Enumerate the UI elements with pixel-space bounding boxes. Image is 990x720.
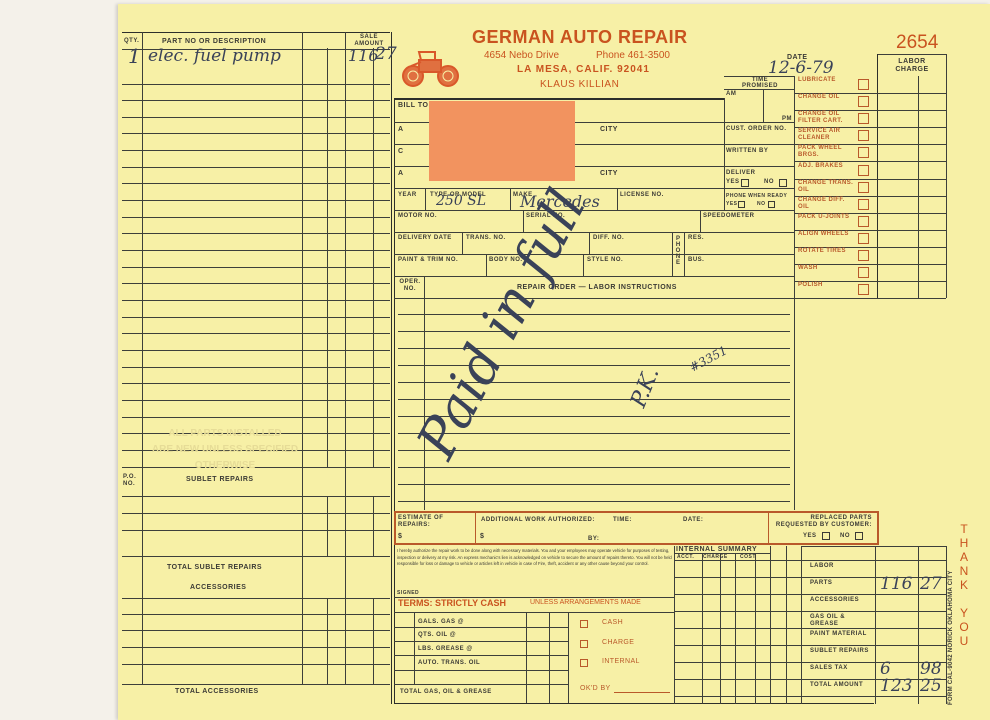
total-sublet-label: TOTAL SUBLET REPAIRS	[167, 564, 262, 571]
totals-label: PARTS	[810, 580, 874, 587]
shop-owner: KLAUS KILLIAN	[540, 79, 619, 90]
replaced-parts-label: REPLACED PARTS REQUESTED BY CUSTOMER:	[772, 515, 872, 529]
phone-no-checkbox[interactable]	[768, 201, 775, 208]
replaced-yes-checkbox[interactable]	[822, 532, 830, 540]
parts-row-line	[122, 400, 390, 401]
parts-row-line	[122, 167, 390, 168]
internal-acct-header: ACCT.	[677, 554, 694, 560]
replaced-no-checkbox[interactable]	[855, 532, 863, 540]
internal-summary-title: INTERNAL SUMMARY	[676, 546, 757, 553]
service-label: CHANGE OIL	[798, 94, 854, 101]
description-header: PART NO OR DESCRIPTION	[162, 38, 266, 45]
service-checkbox[interactable]	[858, 233, 869, 244]
service-checkbox[interactable]	[858, 284, 869, 295]
cust-order-label: CUST. ORDER NO.	[726, 126, 787, 132]
parts-row-line	[122, 367, 390, 368]
po-number-label: P.O. NO.	[123, 474, 141, 488]
time-promised-label: TIME PROMISED	[740, 77, 780, 89]
charge-checkbox[interactable]	[580, 640, 588, 648]
diff-label: DIFF. NO.	[593, 235, 624, 241]
motor-label: MOTOR NO.	[398, 213, 437, 219]
terms-bold: TERMS: STRICTLY CASH	[398, 598, 506, 608]
parts-row-line	[122, 133, 390, 134]
city-short-label: C	[398, 148, 404, 155]
service-checkbox[interactable]	[858, 216, 869, 227]
parts-row-line	[122, 333, 390, 334]
totals-cents: 25	[920, 676, 942, 696]
phone-label: PHONE	[675, 236, 681, 266]
cash-label: CASH	[602, 619, 623, 627]
service-label: PACK WHEEL BRGS.	[798, 145, 854, 159]
bill-to-label: BILL TO	[398, 102, 428, 109]
parts-row-line	[122, 317, 390, 318]
service-checkbox[interactable]	[858, 113, 869, 124]
deliver-no-checkbox[interactable]	[779, 179, 787, 187]
trans-label: TRANS. NO.	[466, 235, 506, 241]
parts-row-line	[122, 417, 390, 418]
internal-cost-header: COST	[740, 554, 756, 560]
service-checkbox[interactable]	[858, 250, 869, 261]
deliver-no-label: NO	[764, 179, 774, 185]
fuel-trans-oil-label: AUTO. TRANS. OIL	[418, 660, 480, 666]
total-accessories-label: TOTAL ACCESSORIES	[175, 688, 259, 695]
fuel-oil-label: QTS. OIL @	[418, 632, 456, 638]
paint-label: PAINT & TRIM NO.	[398, 257, 458, 263]
service-checkbox[interactable]	[858, 267, 869, 278]
totals-label: PAINT MATERIAL	[810, 631, 874, 638]
parts-row-line	[122, 250, 390, 251]
service-checkbox[interactable]	[858, 165, 869, 176]
service-checkbox[interactable]	[858, 96, 869, 107]
parts-row-line	[122, 267, 390, 268]
totals-label: SUBLET REPAIRS	[810, 648, 874, 655]
parts-row-line	[122, 283, 390, 284]
totals-label: LABOR	[810, 563, 874, 570]
additional-work-label: ADDITIONAL WORK AUTHORIZED:	[481, 517, 595, 523]
city-label: CITY	[600, 126, 618, 133]
parts-row-line	[122, 684, 390, 685]
bus-label: BUS.	[688, 257, 704, 263]
parts-row-line	[122, 300, 390, 301]
shop-name: GERMAN AUTO REPAIR	[472, 27, 688, 48]
time-label: TIME:	[613, 517, 632, 523]
license-label: LICENSE NO.	[620, 192, 664, 198]
replaced-no-label: NO	[840, 533, 850, 539]
okd-by-label: OK'D BY	[580, 685, 611, 693]
delivery-date-label: DELIVERY DATE	[398, 235, 452, 241]
terms-rest: UNLESS ARRANGEMENTS MADE	[530, 599, 641, 606]
service-label: CHANGE OIL FILTER CART.	[798, 111, 854, 125]
totals-label: SALES TAX	[810, 665, 874, 672]
deliver-label: DELIVER	[726, 170, 756, 176]
by-label: BY:	[588, 536, 599, 542]
totals-label: TOTAL AMOUNT	[810, 682, 874, 689]
additional-dollar: $	[480, 533, 484, 540]
address2-label: A	[398, 170, 404, 177]
auth-date-label: DATE:	[683, 517, 703, 523]
parts-row-line	[122, 350, 390, 351]
service-label: ROTATE TIRES	[798, 248, 854, 255]
parts-watermark: ALL PARTS INSTALLED ARE NEW UNLESS SPECI…	[140, 426, 310, 474]
sublet-repairs-label: SUBLET REPAIRS	[186, 476, 254, 483]
service-label: WASH	[798, 265, 854, 272]
parts-row-line	[122, 630, 390, 631]
shop-address: 4654 Nebo Drive	[484, 50, 559, 61]
totals-label: GAS OIL & GREASE	[810, 614, 874, 627]
totals-label: ACCESSORIES	[810, 597, 874, 604]
totals-row-line	[674, 611, 946, 612]
totals-row-line	[674, 594, 946, 595]
speedometer-label: SPEEDOMETER	[703, 213, 755, 219]
phone-no-label: NO	[757, 201, 766, 207]
antique-car-icon	[401, 48, 461, 88]
parts-row-line	[122, 117, 390, 118]
service-checkbox[interactable]	[858, 147, 869, 158]
fuel-grease-label: LBS. GREASE @	[418, 646, 473, 652]
parts-row-line	[122, 664, 390, 665]
form-number: FORM CAL-9042 NORICK OKLAHOMA CITY	[948, 570, 954, 705]
redacted-customer-info	[429, 101, 575, 181]
am-label: AM	[726, 91, 736, 97]
parts-row-line	[122, 200, 390, 201]
city2-label: CITY	[600, 170, 618, 177]
charge-label: CHARGE	[602, 639, 634, 647]
service-checkbox[interactable]	[858, 199, 869, 210]
parts-row-line	[122, 183, 390, 184]
totals-row-line	[674, 696, 946, 697]
thank-you: THANK YOU	[957, 522, 969, 648]
service-checkbox[interactable]	[858, 182, 869, 193]
service-label: CHANGE DIFF. OIL	[798, 197, 854, 211]
labor-charge-label: LABOR CHARGE	[882, 58, 942, 74]
res-label: RES.	[688, 235, 704, 241]
parts-row-line	[122, 383, 390, 384]
deliver-yes-label: YES	[726, 179, 740, 185]
date-value: 12-6-79	[768, 58, 834, 78]
part-qty: 1	[128, 44, 141, 68]
parts-row-line	[122, 496, 390, 497]
model-value: 250 SL	[436, 193, 486, 209]
fuel-total-label: TOTAL GAS, OIL & GREASE	[400, 689, 492, 695]
pm-label: PM	[782, 116, 792, 122]
service-label: PACK U-JOINTS	[798, 214, 854, 221]
parts-row-line	[122, 530, 390, 531]
service-row-line	[794, 161, 946, 162]
totals-dollars: 116	[880, 574, 912, 594]
parts-row-line	[122, 556, 390, 557]
parts-row-line	[122, 233, 390, 234]
invoice-number: 2654	[896, 32, 938, 54]
parts-row-line	[122, 513, 390, 514]
phone-yes-checkbox[interactable]	[738, 201, 745, 208]
shop-phone: Phone 461-3500	[596, 50, 670, 61]
service-label: CHANGE TRANS. OIL	[798, 180, 854, 194]
shop-city: LA MESA, CALIF. 92041	[517, 64, 650, 75]
phone-yes-label: YES	[726, 201, 738, 207]
fuel-gas-label: GALS. GAS @	[418, 619, 464, 625]
part-sale-cents: 27	[375, 44, 397, 64]
totals-row-line	[674, 662, 946, 663]
service-checkbox[interactable]	[858, 79, 869, 90]
part-sale-amount: 116	[348, 46, 379, 65]
parts-row-line	[122, 614, 390, 615]
parts-row-line	[122, 100, 390, 101]
address-label: A	[398, 126, 404, 133]
service-label: ADJ. BRAKES	[798, 163, 854, 170]
internal-label: INTERNAL	[602, 658, 640, 666]
totals-cents: 27	[920, 574, 942, 594]
replaced-yes-label: YES	[803, 533, 817, 539]
oper-no-label: OPER. NO.	[398, 279, 422, 293]
totals-dollars: 123	[880, 676, 912, 696]
year-label: YEAR	[398, 192, 417, 198]
cash-checkbox[interactable]	[580, 620, 588, 628]
internal-checkbox[interactable]	[580, 659, 588, 667]
service-row-line	[794, 298, 946, 299]
parts-row-line	[122, 84, 390, 85]
parts-row-line	[122, 217, 390, 218]
service-label: POLISH	[798, 282, 854, 289]
service-label: ALIGN WHEELS	[798, 231, 854, 238]
signed-label: SIGNED	[397, 590, 419, 596]
accessories-label: ACCESSORIES	[190, 584, 246, 591]
service-label: LUBRICATE	[798, 77, 854, 84]
estimate-dollar: $	[398, 533, 402, 540]
deliver-yes-checkbox[interactable]	[741, 179, 749, 187]
estimate-label: ESTIMATE OF REPAIRS:	[398, 515, 468, 529]
totals-row-line	[674, 628, 946, 629]
style-label: STYLE NO.	[587, 257, 623, 263]
parts-row-line	[122, 647, 390, 648]
part-description: elec. fuel pump	[148, 46, 281, 66]
service-label: SERVICE AIR CLEANER	[798, 128, 854, 142]
totals-row-line	[674, 645, 946, 646]
legal-text: I hereby authorize the repair work to be…	[397, 548, 672, 568]
written-by-label: WRITTEN BY	[726, 148, 768, 154]
internal-charge-header: CHARGE	[703, 554, 728, 560]
parts-row-line	[122, 598, 390, 599]
service-checkbox[interactable]	[858, 130, 869, 141]
parts-row-line	[122, 150, 390, 151]
okd-by-line[interactable]	[614, 692, 670, 693]
phone-when-ready-label: PHONE WHEN READY	[726, 193, 787, 199]
